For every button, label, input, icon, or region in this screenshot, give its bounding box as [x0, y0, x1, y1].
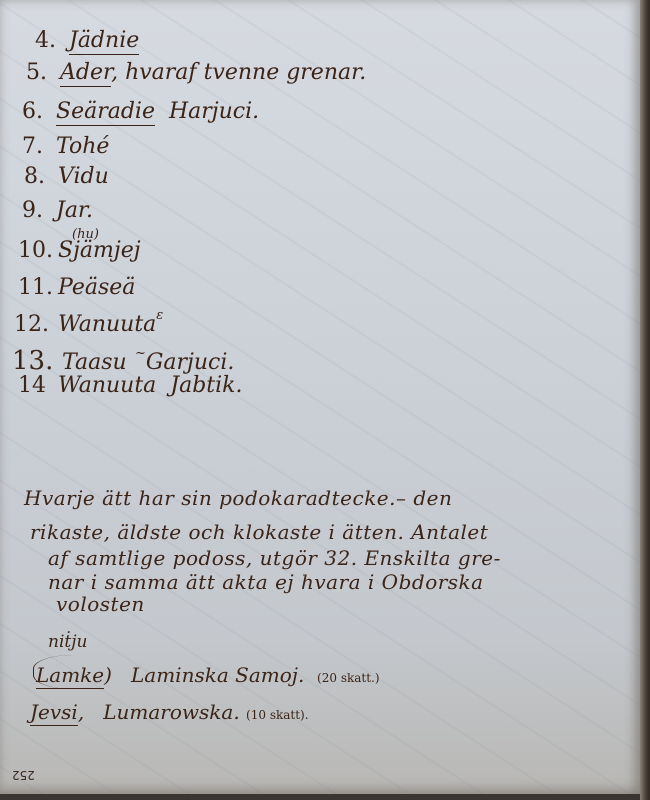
- item-word: Wanuuta: [58, 373, 156, 398]
- list-item-13: 13.Taasu ~Garjuci.: [12, 348, 234, 374]
- list-item-12: 12.Wanuutaε: [14, 314, 163, 336]
- item-number: 5.: [26, 62, 60, 84]
- list-item-6: 6.Seäradie Harjuci.: [22, 101, 259, 123]
- list-item-7: 7.Tohé: [22, 136, 109, 158]
- paragraph-line-5: volosten: [56, 594, 145, 614]
- manuscript-page: 4.Jädnie 5.Ader, hvaraf tvenne grenar. 6…: [0, 0, 640, 794]
- item-word: Taasu: [62, 350, 127, 375]
- footer-entry-2: Jevsi, Lumarowska. (10 skatt).: [30, 702, 309, 722]
- item-word: Seäradie: [56, 99, 155, 126]
- item-number: 10.: [18, 240, 58, 262]
- item-number: 11.: [18, 277, 58, 299]
- entry-bracket: ): [104, 663, 112, 687]
- item-number: 12.: [14, 314, 58, 336]
- entry-label: Lamke: [36, 663, 104, 689]
- entry-note: (20 skatt.): [317, 671, 380, 685]
- item-number: 13.: [12, 348, 62, 374]
- list-item-8: 8.Vidu: [24, 166, 109, 188]
- book-binding-edge: [640, 0, 650, 800]
- item-note: Harjuci.: [169, 99, 259, 124]
- item-number: 9.: [22, 200, 56, 222]
- item-word: Peäseä: [58, 275, 135, 300]
- entry-1-superscript: niṫju: [48, 634, 87, 651]
- list-item-5: 5.Ader, hvaraf tvenne grenar.: [26, 62, 366, 84]
- entry-text: Laminska Samoj.: [131, 663, 304, 687]
- entry-note: (10 skatt).: [246, 708, 309, 722]
- item-note: Jabtik.: [170, 373, 242, 398]
- item-word: Jädnie: [69, 28, 139, 55]
- item-note: , hvaraf tvenne grenar.: [111, 60, 366, 85]
- entry-text: Lumarowska.: [103, 700, 239, 724]
- list-item-14: 14Wanuuta Jabtik.: [18, 375, 243, 397]
- superscript-note: ~: [135, 346, 146, 361]
- footer-entry-1: Lamke) Laminska Samoj. (20 skatt.): [36, 665, 380, 685]
- paragraph-line-1: Hvarje ätt har sin podokaradtecke.– den: [24, 488, 452, 508]
- item-word: Ader: [60, 60, 111, 87]
- superscript-note: ε: [156, 308, 163, 323]
- item-word: Tohé: [56, 134, 109, 159]
- entry-label: Jevsi: [30, 700, 78, 726]
- page-number: 252: [12, 768, 35, 782]
- list-item-11: 11.Peäseä: [18, 277, 135, 299]
- item-number: 6.: [22, 101, 56, 123]
- item-word: Sjämjej: [58, 238, 141, 263]
- item-number: 14: [18, 375, 58, 397]
- item-number: 8.: [24, 166, 58, 188]
- item-note: Garjuci.: [146, 350, 235, 375]
- item-word: Vidu: [58, 164, 109, 189]
- item-word: Wanuuta: [58, 312, 156, 337]
- list-item-4: 4.Jädnie: [35, 30, 139, 52]
- list-item-9: 9.Jar.: [22, 200, 93, 222]
- item-number: 4.: [35, 30, 69, 52]
- paragraph-line-4: nar i samma ätt akta ej hvara i Obdorska: [48, 572, 484, 592]
- entry-bracket: ,: [78, 700, 84, 724]
- superscript-note: (hu): [72, 228, 99, 241]
- item-number: 7.: [22, 136, 56, 158]
- item-word: Jar.: [56, 198, 93, 223]
- paragraph-line-3: af samtlige podoss, utgör 32. Enskilta g…: [48, 548, 501, 568]
- list-item-10: 10.Sjämjej(hu): [18, 240, 141, 262]
- paragraph-line-2: rikaste, äldste och klokaste i ätten. An…: [30, 522, 488, 542]
